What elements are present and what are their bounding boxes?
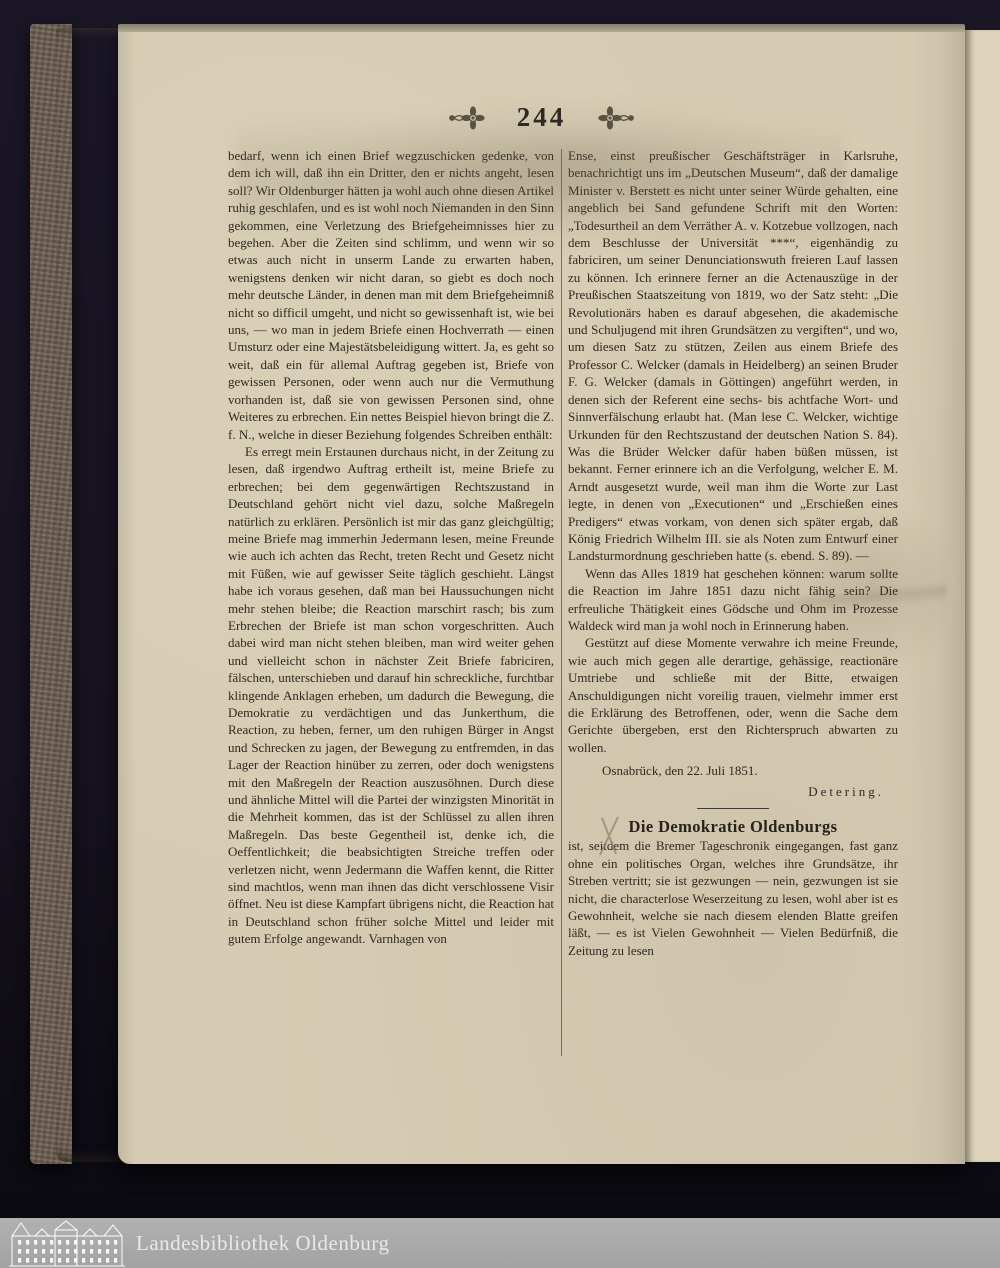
left-column: bedarf, wenn ich einen Brief wegzuschick… bbox=[228, 147, 554, 1062]
library-name: Landesbibliothek Oldenburg bbox=[136, 1231, 390, 1256]
library-building-logo bbox=[8, 1220, 126, 1267]
paragraph: Gestützt auf diese Momente verwahre ich … bbox=[568, 634, 898, 756]
paragraph: bedarf, wenn ich einen Brief wegzuschick… bbox=[228, 147, 554, 443]
paragraph: Es erregt mein Erstaunen durchaus nicht,… bbox=[228, 443, 554, 948]
fleuron-ornament-left bbox=[445, 105, 487, 131]
facing-page-edge bbox=[965, 30, 1000, 1162]
book-page: 244 bedarf, wenn ich einen Brief wegzusc… bbox=[118, 28, 965, 1164]
page-header: 244 bbox=[118, 102, 965, 133]
dateline: Osnabrück, den 22. Juli 1851. bbox=[568, 762, 898, 779]
page-number: 244 bbox=[517, 102, 567, 133]
fleuron-ornament-right bbox=[596, 105, 638, 131]
page-fore-edges bbox=[56, 28, 122, 1162]
article-header: Die Demokratie Oldenburgs bbox=[568, 808, 898, 835]
section-divider bbox=[697, 808, 769, 809]
column-divider-rule bbox=[561, 149, 562, 1056]
paragraph: Wenn das Alles 1819 hat geschehen können… bbox=[568, 565, 898, 635]
right-column: Ense, einst preußischer Geschäftsträger … bbox=[568, 147, 898, 1062]
library-footer-bar: Landesbibliothek Oldenburg bbox=[0, 1218, 1000, 1268]
article-heading: Die Demokratie Oldenburgs bbox=[568, 818, 898, 835]
text-columns: bedarf, wenn ich einen Brief wegzuschick… bbox=[228, 147, 898, 1062]
paragraph: Ense, einst preußischer Geschäftsträger … bbox=[568, 147, 898, 565]
paragraph: ist, seitdem die Bremer Tageschronik ein… bbox=[568, 837, 898, 959]
signature: Detering. bbox=[568, 783, 898, 800]
